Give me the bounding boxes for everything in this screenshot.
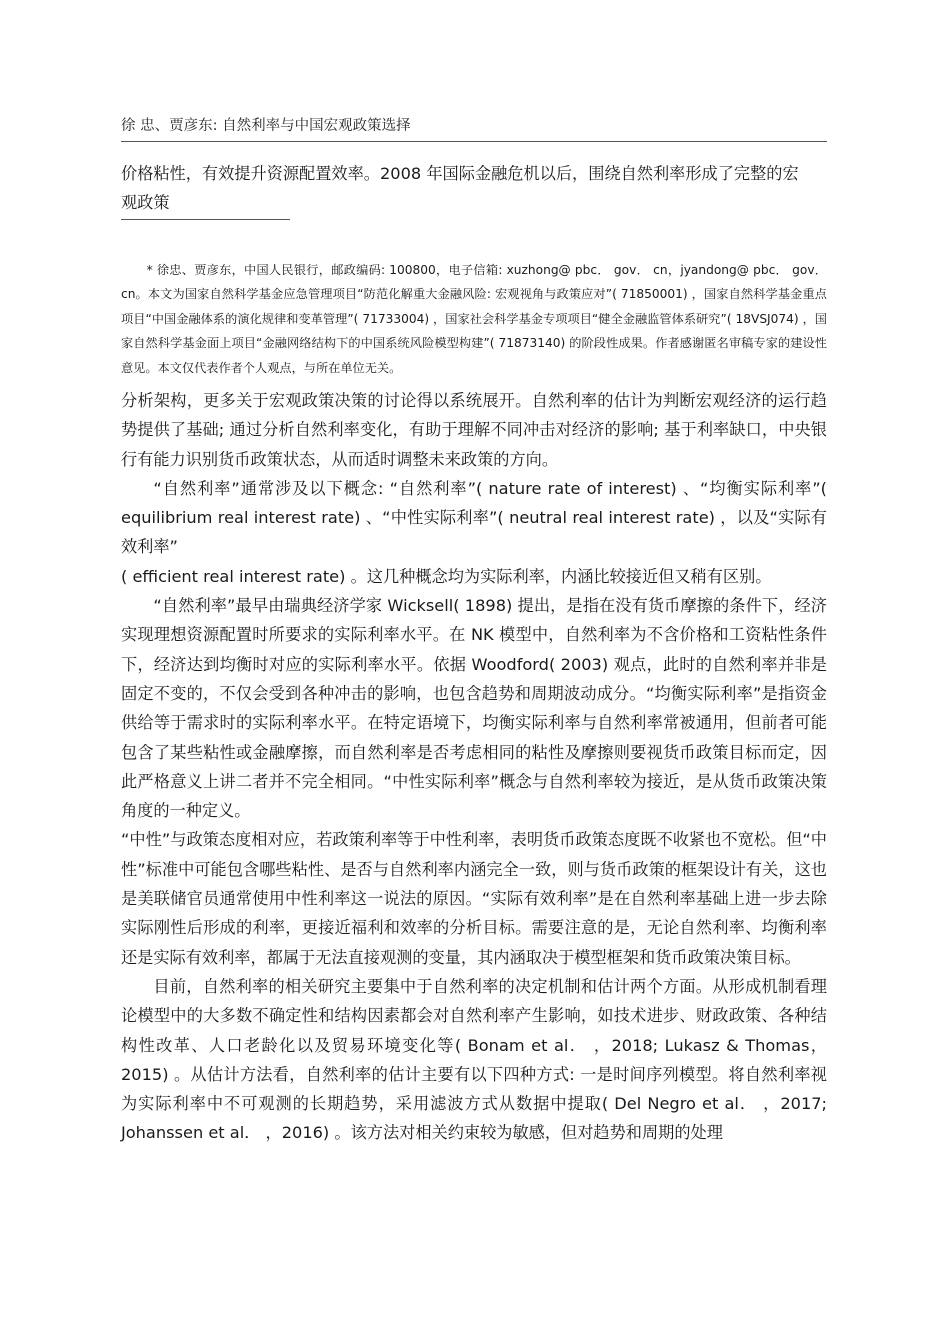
main-body: 分析架构，更多关于宏观政策决策的讨论得以系统展开。自然利率的估计为判断宏观经济的… — [121, 386, 827, 1148]
paragraph-4: “自然利率”最早由瑞典经济学家 Wicksell( 1898) 提出，是指在没有… — [121, 591, 827, 825]
paragraph-6: 目前，自然利率的相关研究主要集中于自然利率的决定机制和估计两个方面。从形成机制看… — [121, 972, 827, 1148]
header-rule — [121, 141, 827, 142]
paragraph-2: “自然利率”通常涉及以下概念: “自然利率”( nature rate of i… — [121, 474, 827, 562]
paragraph-line: 观政策 — [121, 188, 827, 217]
paragraph-3: ( efficient real interest rate) 。这几种概念均为… — [121, 562, 827, 591]
footnote-rule — [121, 219, 290, 220]
paragraph-1: 分析架构，更多关于宏观政策决策的讨论得以系统展开。自然利率的估计为判断宏观经济的… — [121, 386, 827, 474]
running-header: 徐 忠、贾彦东: 自然利率与中国宏观政策选择 — [121, 114, 411, 135]
paragraph-5: “中性”与政策态度相对应，若政策利率等于中性利率，表明货币政策态度既不收紧也不宽… — [121, 825, 827, 971]
continued-paragraph: 价格粘性，有效提升资源配置效率。2008 年国际金融危机以后，围绕自然利率形成了… — [121, 159, 827, 218]
author-footnote: * 徐忠、贾彦东，中国人民银行，邮政编码: 100800，电子信箱: xuzho… — [121, 258, 827, 380]
paragraph-line: 价格粘性，有效提升资源配置效率。2008 年国际金融危机以后，围绕自然利率形成了… — [121, 159, 827, 188]
